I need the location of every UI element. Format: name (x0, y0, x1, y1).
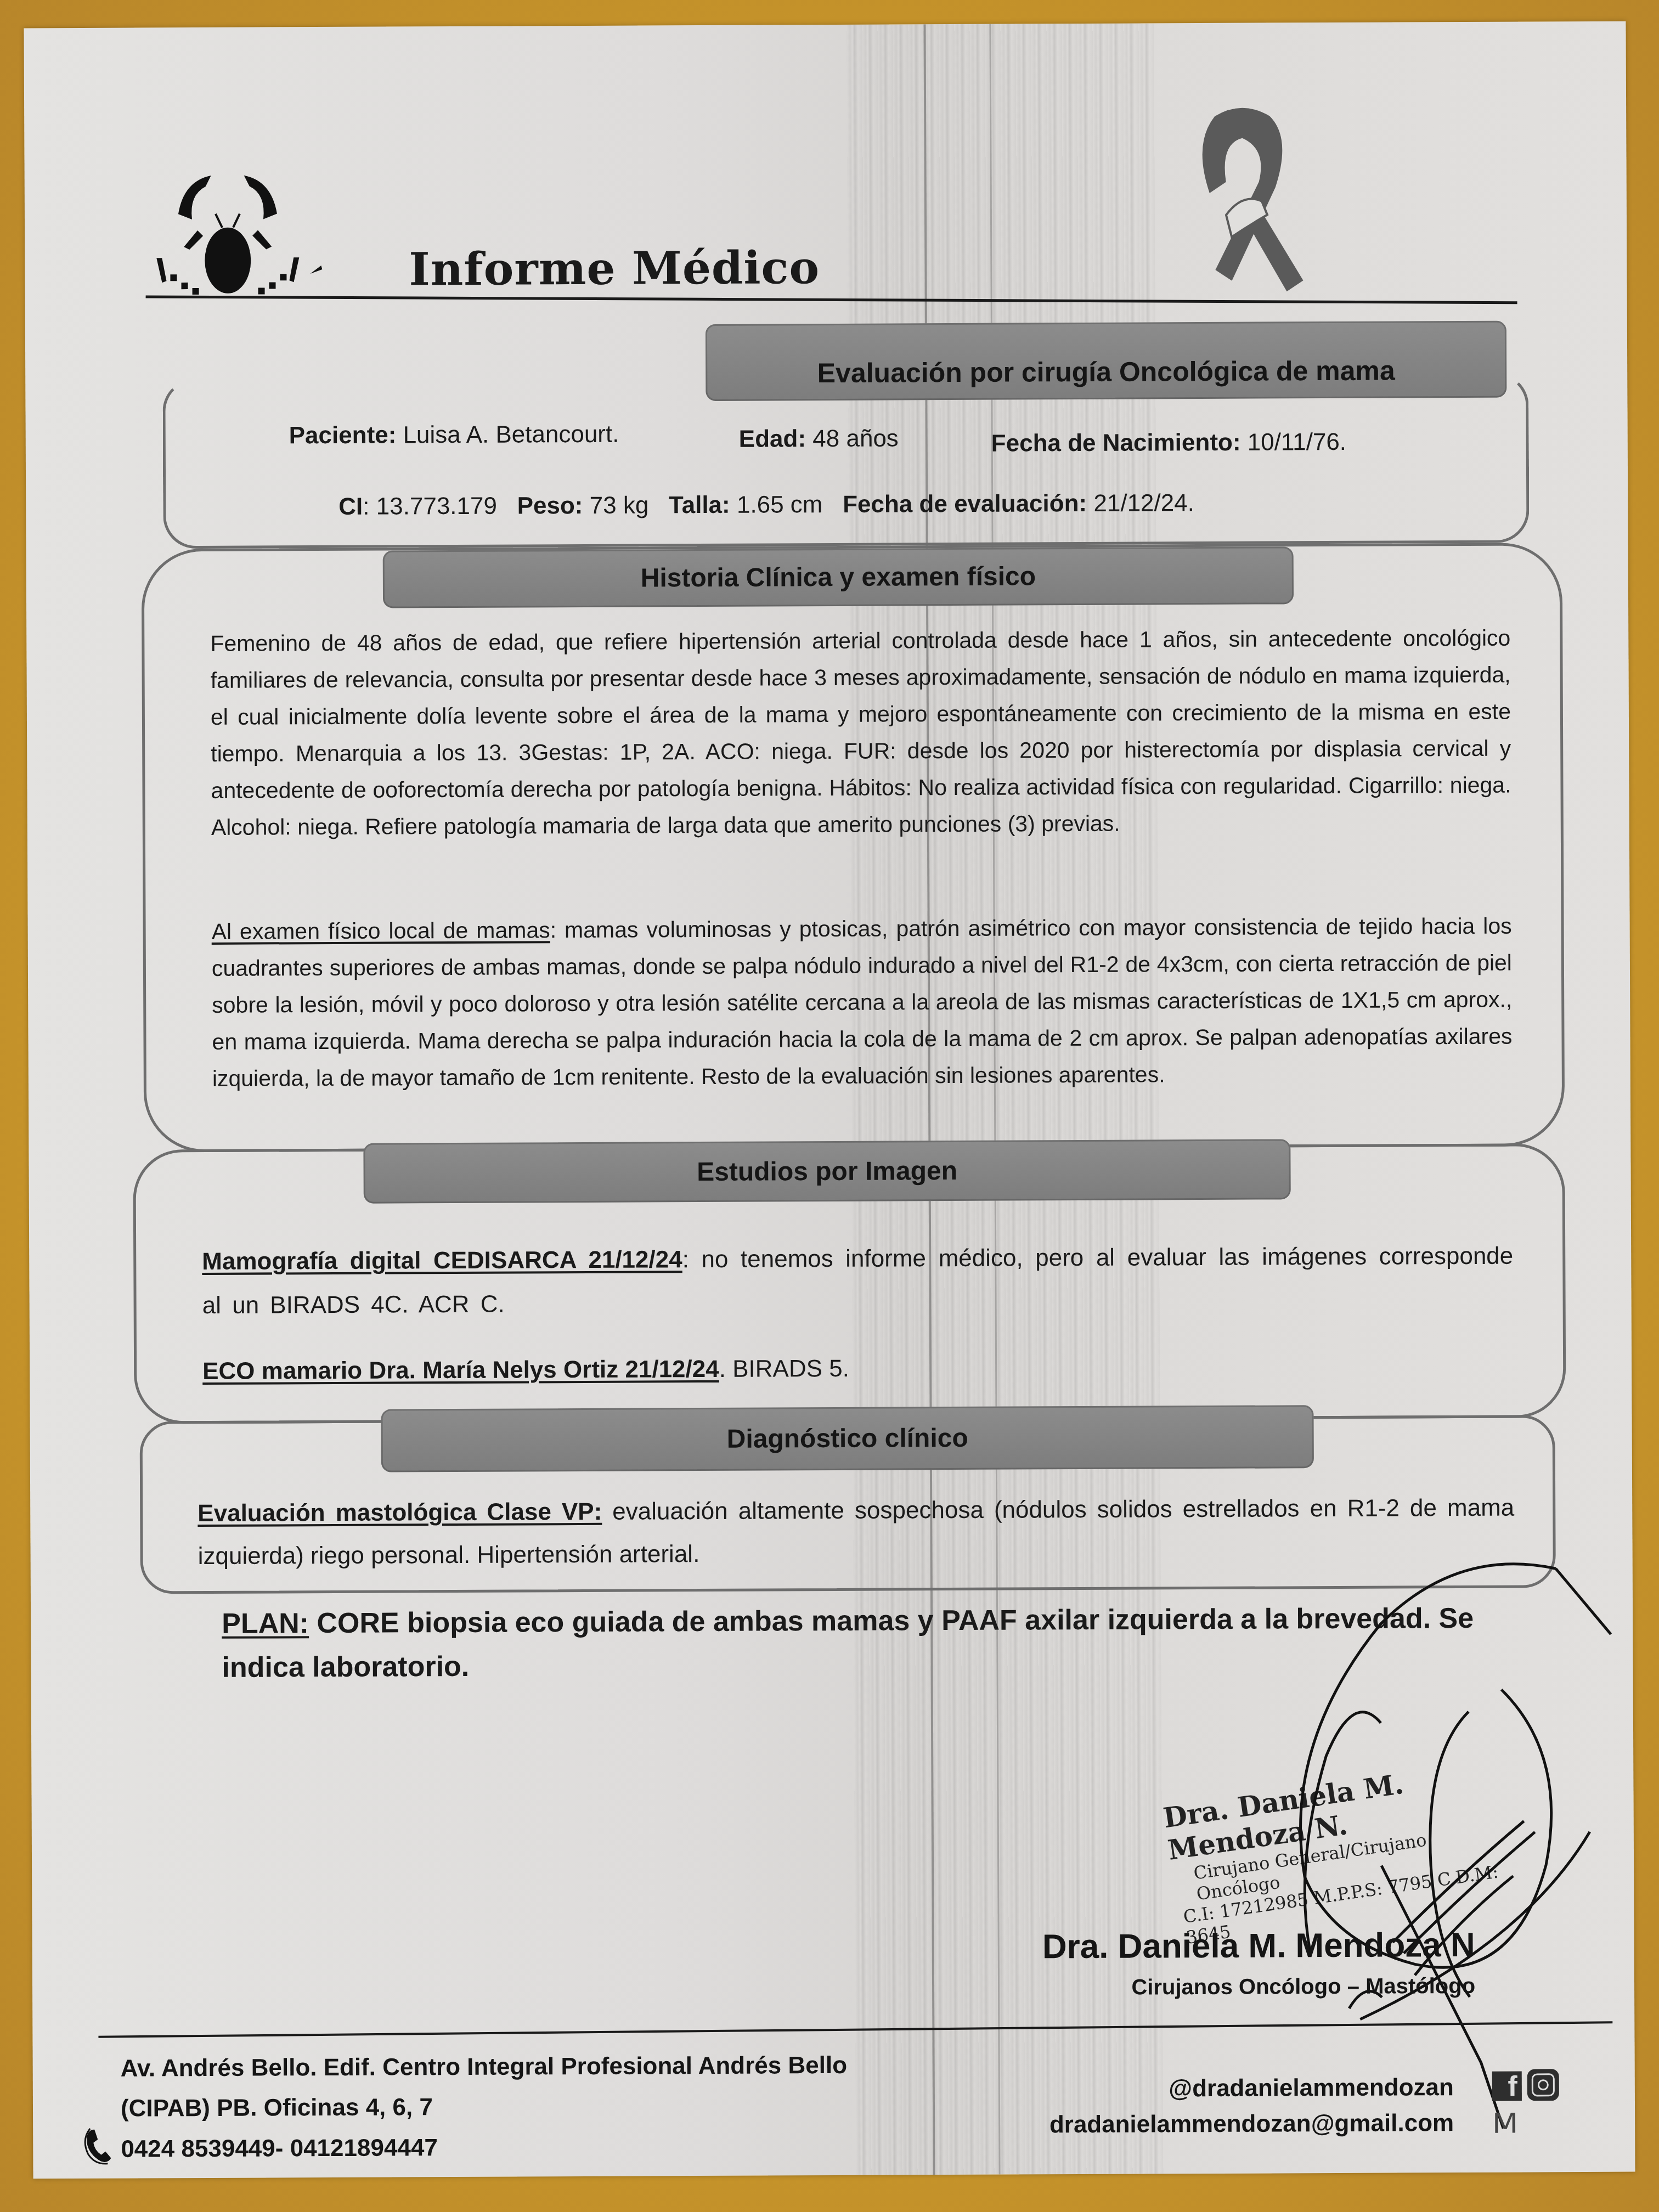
plan-label: PLAN: (222, 1607, 309, 1640)
address-line-2: (CIPAB) PB. Oficinas 4, 6, 7 (121, 2093, 433, 2122)
diagnosis-label: Evaluación mastológica Clase VP: (198, 1498, 602, 1527)
age-label: Edad: (739, 425, 806, 453)
instagram-icon (1527, 2069, 1559, 2101)
eval-date-value: 21/12/24. (1093, 489, 1194, 517)
awareness-ribbon-icon (1165, 105, 1320, 303)
phone-icon (82, 2126, 115, 2165)
weight-label: Peso: (517, 492, 583, 520)
plan-entry: PLAN: CORE biopsia eco guiada de ambas m… (222, 1596, 1517, 1690)
document-title: Informe Médico (409, 241, 820, 296)
patient-row-2: CI: 13.773.179 Peso: 73 kg Talla: 1.65 c… (338, 489, 1194, 521)
doctor-stamp: Dra. Daniela M. Mendoza N. Cirujano Gene… (1161, 1755, 1503, 1911)
doctor-name: Dra. Daniela M. Mendoza N (1042, 1926, 1475, 1966)
eco-label: ECO mamario Dra. María Nelys Ortiz 21/12… (202, 1356, 719, 1385)
diagnosis-header-text: Diagnóstico clínico (727, 1423, 968, 1454)
diagnosis-entry: Evaluación mastológica Clase VP: evaluac… (198, 1487, 1515, 1578)
gmail-icon: M (1492, 2108, 1519, 2140)
patient-dob: Fecha de Nacimiento: 10/11/76. (991, 428, 1346, 458)
history-header: Historia Clínica y examen físico (383, 546, 1294, 608)
patient-row-1: Paciente: Luisa A. Betancourt. (289, 421, 619, 450)
plan-text: CORE biopsia eco guiada de ambas mamas y… (222, 1602, 1474, 1684)
history-text: Femenino de 48 años de edad, que refiere… (210, 625, 1511, 840)
facebook-icon: f (1492, 2072, 1522, 2101)
ci-label: CI (338, 493, 363, 520)
mammography-entry: Mamografía digital CEDISARCA 21/12/24: n… (202, 1234, 1514, 1328)
eco-entry: ECO mamario Dra. María Nelys Ortiz 21/12… (202, 1344, 1514, 1393)
imaging-header: Estudios por Imagen (363, 1139, 1290, 1203)
height-label: Talla: (669, 492, 730, 518)
imaging-header-text: Estudios por Imagen (697, 1155, 957, 1187)
email-address[interactable]: dradanielammendozan@gmail.com (1049, 2109, 1454, 2138)
dob-value: 10/11/76. (1248, 428, 1346, 456)
phone-numbers[interactable]: 0424 8539449- 04121894447 (121, 2134, 438, 2163)
history-header-text: Historia Clínica y examen físico (641, 561, 1036, 593)
diagnosis-header: Diagnóstico clínico (381, 1405, 1313, 1472)
social-handle[interactable]: @dradanielammendozan (1169, 2074, 1454, 2102)
medical-report-page: Informe Médico Evaluación por cirugía On… (24, 21, 1635, 2179)
history-paragraph: Femenino de 48 años de edad, que refiere… (210, 620, 1511, 846)
patient-age: Edad: 48 años (739, 425, 899, 453)
ci-value: : 13.773.179 (363, 493, 497, 520)
doctor-title: Cirujanos Oncólogo – Mastólogo (1131, 1974, 1475, 2000)
patient-info-box (162, 373, 1529, 549)
footer-divider (98, 2021, 1612, 2038)
patient-name-label: Paciente: (289, 421, 397, 449)
exam-paragraph: Al examen físico local de mamas: mamas v… (212, 908, 1513, 1097)
height-value: 1.65 cm (737, 491, 823, 518)
dob-label: Fecha de Nacimiento: (991, 429, 1241, 457)
exam-label: Al examen físico local de mamas (212, 917, 550, 944)
age-value: 48 años (812, 425, 899, 452)
address-line-1: Av. Andrés Bello. Edif. Centro Integral … (121, 2052, 848, 2083)
mammography-label: Mamografía digital CEDISARCA 21/12/24 (202, 1246, 682, 1275)
eval-date-label: Fecha de evaluación: (843, 490, 1087, 518)
crab-icon (145, 163, 398, 302)
weight-value: 73 kg (590, 492, 649, 518)
eco-text: . BIRADS 5. (719, 1355, 849, 1383)
patient-name: Luisa A. Betancourt. (403, 421, 619, 449)
